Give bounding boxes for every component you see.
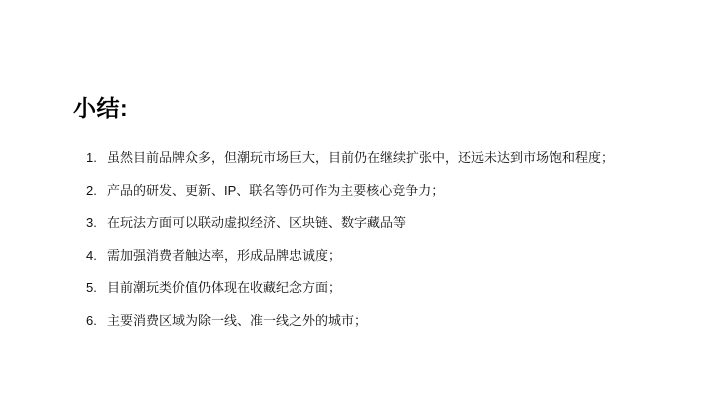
list-item-text: 目前潮玩类价值仍体现在收藏纪念方面； [107, 278, 341, 298]
list-item-number: 5. [86, 278, 107, 298]
list-item: 1. 虽然目前品牌众多，但潮玩市场巨大，目前仍在继续扩张中，还远未达到市场饱和程… [86, 148, 614, 168]
list-item-text: 主要消费区域为除一线、准一线之外的城市； [107, 311, 367, 331]
list-item-text: 需加强消费者触达率，形成品牌忠诚度； [107, 246, 341, 266]
list-item-text: 产品的研发、更新、IP、联名等仍可作为主要核心竞争力； [107, 181, 444, 201]
list-item: 3. 在玩法方面可以联动虚拟经济、区块链、数字藏品等 [86, 213, 614, 233]
list-item-number: 6. [86, 311, 107, 331]
list-item: 2. 产品的研发、更新、IP、联名等仍可作为主要核心竞争力； [86, 181, 614, 201]
list-item: 5. 目前潮玩类价值仍体现在收藏纪念方面； [86, 278, 614, 298]
list-item-number: 3. [86, 213, 107, 233]
slide: 小结: 1. 虽然目前品牌众多，但潮玩市场巨大，目前仍在继续扩张中，还远未达到市… [0, 0, 720, 405]
list-item: 6. 主要消费区域为除一线、准一线之外的城市； [86, 311, 614, 331]
list-item: 4. 需加强消费者触达率，形成品牌忠诚度； [86, 246, 614, 266]
list-item-number: 4. [86, 246, 107, 266]
slide-title: 小结: [73, 93, 128, 123]
list-item-number: 2. [86, 181, 107, 201]
list-item-number: 1. [86, 148, 107, 168]
summary-list: 1. 虽然目前品牌众多，但潮玩市场巨大，目前仍在继续扩张中，还远未达到市场饱和程… [86, 148, 614, 344]
list-item-text: 虽然目前品牌众多，但潮玩市场巨大，目前仍在继续扩张中，还远未达到市场饱和程度； [107, 148, 614, 168]
list-item-text: 在玩法方面可以联动虚拟经济、区块链、数字藏品等 [107, 213, 406, 233]
